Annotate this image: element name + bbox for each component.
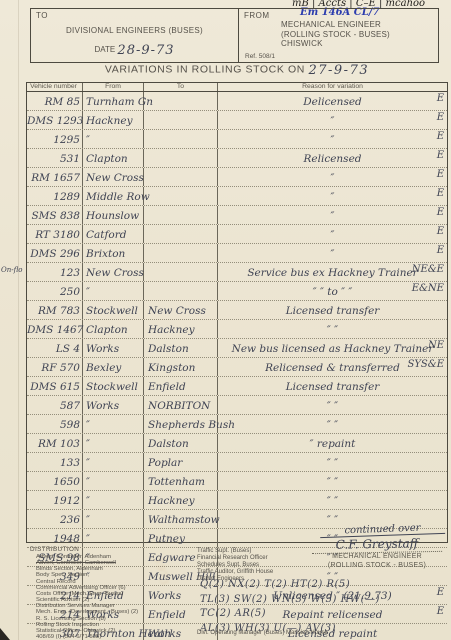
vehicle-number-text: 1295 xyxy=(53,133,80,147)
reason-text: ″ ″ xyxy=(327,399,338,413)
table-row: RF 570BexleyKingstonRelicensed & transfe… xyxy=(27,358,447,377)
cell-reason: ″E xyxy=(218,168,447,186)
vehicle-number-text: LS 4 xyxy=(56,342,80,356)
variation-code: SYS&E xyxy=(407,358,444,372)
cell-reason: ″E xyxy=(218,206,447,224)
cell-from-location: New Cross xyxy=(83,263,144,281)
cell-vehicle-number: RF 570 xyxy=(27,358,83,376)
vehicle-number-text: 1289 xyxy=(53,190,80,204)
table-row: DMS 296Brixton″E xyxy=(27,244,447,263)
cell-vehicle-number: 250 xyxy=(27,282,83,300)
cell-vehicle-number: 1948 xyxy=(27,529,83,547)
from-location-text: Clapton xyxy=(86,152,128,166)
table-row: 1912″Hackney″ ″ xyxy=(27,491,447,510)
cell-from-location: Catford xyxy=(83,225,144,243)
variation-code: E xyxy=(437,130,444,144)
table-row: DMS 615StockwellEnfieldLicensed transfer xyxy=(27,377,447,396)
cell-reason: ″ ″ xyxy=(218,396,447,414)
cell-to-location: New Cross xyxy=(144,301,218,319)
vehicle-number-text: 1650 xyxy=(53,475,80,489)
garage-code-line: TC(2) AR(5) xyxy=(200,607,370,622)
to-location-text: Kingston xyxy=(148,361,195,375)
left-margin-annotation: On-flo xyxy=(1,266,23,274)
cell-vehicle-number: 587 xyxy=(27,396,83,414)
cell-vehicle-number: RM 103 xyxy=(27,434,83,452)
cell-from-location: ″ xyxy=(83,453,144,471)
cell-vehicle-number: 1289 xyxy=(27,187,83,205)
table-row: DMS 1293Hackney″E xyxy=(27,111,447,130)
variation-code: E xyxy=(437,244,444,258)
cell-to-location: Hackney xyxy=(144,320,218,338)
cell-vehicle-number: 598 xyxy=(27,415,83,433)
cell-to-location xyxy=(144,92,218,110)
signature-handwritten: C.F. Greystaff xyxy=(312,536,442,554)
variation-code: E&NE xyxy=(412,282,444,296)
cell-from-location: ″ xyxy=(83,529,144,547)
vehicle-number-text: 598 xyxy=(60,418,80,432)
cell-from-location: ″ xyxy=(83,434,144,452)
cell-vehicle-number: DMS 296 xyxy=(27,244,83,262)
vehicle-number-text: 133 xyxy=(60,456,80,470)
vehicle-number-text: RM 85 xyxy=(45,95,80,109)
cell-to-location: Dalston xyxy=(144,339,218,357)
reason-text: ″ ″ to ″ ″ xyxy=(313,285,353,299)
cell-to-location: NORBITON xyxy=(144,396,218,414)
reason-text: ″ xyxy=(331,228,335,242)
from-location-text: Bexley xyxy=(86,361,121,375)
cell-reason: Licensed transfer xyxy=(218,377,447,395)
cell-reason: DelicensedE xyxy=(218,92,447,110)
cell-vehicle-number: RT 3180 xyxy=(27,225,83,243)
vehicle-number-text: RM 1657 xyxy=(31,171,80,185)
form-title-date-handwritten: 27-9-73 xyxy=(308,63,369,78)
distribution-title: DISTRIBUTION xyxy=(30,546,198,553)
cell-reason: ″E xyxy=(218,225,447,243)
to-location-text: Hackney xyxy=(148,323,195,337)
cell-reason: ″E xyxy=(218,187,447,205)
cell-from-location: Clapton xyxy=(83,320,144,338)
column-header-vehicle-number: Vehicle number xyxy=(27,83,83,91)
table-row: RT 3180Catford″E xyxy=(27,225,447,244)
table-row: 1295″″E xyxy=(27,130,447,149)
cell-reason: New bus licensed as Hackney TrainerNE xyxy=(218,339,447,357)
cell-from-location: Hounslow xyxy=(83,206,144,224)
signature-block: C.F. Greystaff MECHANICAL ENGINEER (ROLL… xyxy=(312,537,442,570)
cell-to-location xyxy=(144,225,218,243)
distribution-item: 408/69 (I) (504 6/71 508) xyxy=(30,634,198,640)
cell-from-location: Works xyxy=(83,339,144,357)
date-label: DATE xyxy=(94,45,115,54)
cell-reason: ″ ″ xyxy=(218,472,447,490)
from-location-text: Hackney xyxy=(86,114,133,128)
garage-code-line: Q(2) NX(2) T(2) HT(2) R(5) xyxy=(200,578,370,593)
form-title: VARIATIONS IN ROLLING STOCK ON 27-9-73 xyxy=(26,63,448,78)
date-value-handwritten: 28-9-73 xyxy=(117,43,174,58)
reason-text: ″ xyxy=(331,209,335,223)
from-location-text: New Cross xyxy=(86,171,144,185)
cell-from-location: Middle Row xyxy=(83,187,144,205)
cell-from-location: ″ xyxy=(83,415,144,433)
from-location-text: ″ xyxy=(86,475,90,489)
cell-to-location: Kingston xyxy=(144,358,218,376)
to-location-text: Walthamstow xyxy=(148,513,220,527)
cell-to-location: Walthamstow xyxy=(144,510,218,528)
cell-reason: ″ repaint xyxy=(218,434,447,452)
reason-text: ″ ″ xyxy=(327,323,338,337)
cell-to-location: Poplar xyxy=(144,453,218,471)
from-location-text: Stockwell xyxy=(86,304,138,318)
reason-text: ″ xyxy=(331,133,335,147)
cell-vehicle-number: DMS 1293 xyxy=(27,111,83,129)
cell-vehicle-number: 531 xyxy=(27,149,83,167)
cell-to-location xyxy=(144,282,218,300)
header-to-cell: TO DIVISIONAL ENGINEERS (BUSES) DATE 28-… xyxy=(31,9,239,62)
reason-text: Licensed transfer xyxy=(286,380,380,394)
from-location-text: ″ xyxy=(86,285,90,299)
cell-reason: Service bus ex Hackney TrainerNE&E xyxy=(218,263,447,281)
table-row: RM 85Turnham GnDelicensedE xyxy=(27,92,447,111)
cell-to-location xyxy=(144,263,218,281)
reason-text: ″ xyxy=(331,171,335,185)
cell-vehicle-number: SMS 838 xyxy=(27,206,83,224)
cell-to-location xyxy=(144,111,218,129)
cell-reason: ″E xyxy=(218,244,447,262)
cell-vehicle-number: RM 1657 xyxy=(27,168,83,186)
to-location-text: Putney xyxy=(148,532,185,546)
cell-from-location: Brixton xyxy=(83,244,144,262)
column-header-reason: Reason for variation xyxy=(218,83,447,91)
cell-from-location: ″ xyxy=(83,130,144,148)
from-location-text: Brixton xyxy=(86,247,125,261)
from-label: FROM xyxy=(244,11,270,20)
from-location-text: ″ xyxy=(86,532,90,546)
cell-vehicle-number: RM 85 xyxy=(27,92,83,110)
from-location-text: ″ xyxy=(86,494,90,508)
table-row: 1650″Tottenham″ ″ xyxy=(27,472,447,491)
cell-vehicle-number: 236 xyxy=(27,510,83,528)
cell-to-location xyxy=(144,187,218,205)
cell-from-location: Stockwell xyxy=(83,301,144,319)
vehicle-number-text: 587 xyxy=(60,399,80,413)
cell-from-location: Turnham Gn xyxy=(83,92,144,110)
cell-from-location: Works xyxy=(83,396,144,414)
cell-reason: ″E xyxy=(218,111,447,129)
from-address-line: (ROLLING STOCK - BUSES) xyxy=(281,30,390,40)
cell-reason: Relicensed & transferredSYS&E xyxy=(218,358,447,376)
cell-to-location xyxy=(144,244,218,262)
from-location-text: New Cross xyxy=(86,266,144,280)
cell-from-location: Clapton xyxy=(83,149,144,167)
reason-text: ″ xyxy=(331,247,335,261)
reason-text: ″ ″ xyxy=(327,475,338,489)
reason-text: ″ ″ xyxy=(327,494,338,508)
cell-to-location xyxy=(144,149,218,167)
cell-vehicle-number: DMS 615 xyxy=(27,377,83,395)
divl-operating-manager-note: Divl. Operating Manager (Buses) Mansion … xyxy=(197,630,328,636)
table-row: SMS 838Hounslow″E xyxy=(27,206,447,225)
variation-code: E xyxy=(437,149,444,163)
table-row: LS 4WorksDalstonNew bus licensed as Hack… xyxy=(27,339,447,358)
garage-allocation-codes: Q(2) NX(2) T(2) HT(2) R(5)TL(3) SW(2) WN… xyxy=(200,578,370,636)
reason-text: ″ ″ xyxy=(327,456,338,470)
vehicle-number-text: 236 xyxy=(60,513,80,527)
cell-to-location: Tottenham xyxy=(144,472,218,490)
date-line: DATE 28-9-73 xyxy=(31,43,238,58)
to-location-text: NORBITON xyxy=(148,399,210,413)
from-address-line: CHISWICK xyxy=(281,39,390,49)
cell-from-location: ″ xyxy=(83,282,144,300)
vehicle-number-text: DMS 1467 xyxy=(27,323,83,337)
from-location-text: Clapton xyxy=(86,323,128,337)
variation-code: E xyxy=(437,168,444,182)
from-location-text: ″ xyxy=(86,133,90,147)
to-location-text: Tottenham xyxy=(148,475,205,489)
from-location-text: Works xyxy=(86,342,119,356)
to-value: DIVISIONAL ENGINEERS (BUSES) xyxy=(31,26,238,35)
column-header-to: To xyxy=(144,83,218,91)
vehicle-number-text: 1948 xyxy=(53,532,80,546)
table-row: 587WorksNORBITON″ ″ xyxy=(27,396,447,415)
variation-code: E xyxy=(437,605,444,619)
cell-to-location: Putney xyxy=(144,529,218,547)
vehicle-number-text: SMS 838 xyxy=(31,209,80,223)
cell-reason: ″E xyxy=(218,130,447,148)
cell-from-location: ″ xyxy=(83,491,144,509)
to-label: TO xyxy=(36,11,48,20)
table-row: RM 783StockwellNew CrossLicensed transfe… xyxy=(27,301,447,320)
table-row: 250″″ ″ to ″ ″E&NE xyxy=(27,282,447,301)
cell-reason: Licensed transfer xyxy=(218,301,447,319)
to-location-text: Hackney xyxy=(148,494,195,508)
vehicle-number-text: DMS 296 xyxy=(30,247,80,261)
variation-code: E xyxy=(437,225,444,239)
vehicle-number-text: 531 xyxy=(60,152,80,166)
to-location-text: Dalston xyxy=(148,437,189,451)
table-row: 133″Poplar″ ″ xyxy=(27,453,447,472)
cell-reason: ″ ″ xyxy=(218,320,447,338)
vehicle-number-text: DMS 1293 xyxy=(27,114,83,128)
cell-from-location: ″ xyxy=(83,472,144,490)
table-header-row: Vehicle number From To Reason for variat… xyxy=(27,83,447,92)
variation-code: NE&E xyxy=(412,263,444,277)
cell-from-location: Bexley xyxy=(83,358,144,376)
from-location-text: ″ xyxy=(86,418,90,432)
table-row: RM 1657New Cross″E xyxy=(27,168,447,187)
reason-text: ″ ″ xyxy=(327,418,338,432)
cell-reason: ″ ″ to ″ ″E&NE xyxy=(218,282,447,300)
cell-from-location: Stockwell xyxy=(83,377,144,395)
variation-code: E xyxy=(437,187,444,201)
vehicle-number-text: RM 783 xyxy=(38,304,80,318)
variation-code: E xyxy=(437,586,444,600)
cell-to-location: Shepherds Bush xyxy=(144,415,218,433)
cell-vehicle-number: 133 xyxy=(27,453,83,471)
reason-text: Relicensed xyxy=(303,152,361,166)
cell-to-location: Enfield xyxy=(144,377,218,395)
from-location-text: Works xyxy=(86,399,119,413)
table-row: RM 103″Dalston″ repaint xyxy=(27,434,447,453)
header-from-cell: FROM MECHANICAL ENGINEER(ROLLING STOCK -… xyxy=(239,9,438,62)
reason-text: ″ xyxy=(331,190,335,204)
vehicle-number-text: RT 3180 xyxy=(35,228,80,242)
cell-from-location: Hackney xyxy=(83,111,144,129)
vehicle-number-text: 250 xyxy=(60,285,80,299)
variation-code: E xyxy=(437,206,444,220)
ref-number: Ref. 508/1 xyxy=(245,53,275,60)
form-title-printed: VARIATIONS IN ROLLING STOCK ON xyxy=(105,64,305,76)
page-corner-shadow xyxy=(0,628,10,640)
header-box: TO DIVISIONAL ENGINEERS (BUSES) DATE 28-… xyxy=(30,8,439,63)
garage-code-line: TL(3) SW(2) WN(3) W(3) HW(—) xyxy=(200,593,370,608)
from-location-text: ″ xyxy=(86,513,90,527)
signatory-department: (ROLLING STOCK - BUSES) xyxy=(312,562,442,571)
cell-vehicle-number: DMS 1467 xyxy=(27,320,83,338)
vehicle-number-text: RF 570 xyxy=(41,361,80,375)
table-row: 531ClaptonRelicensedE xyxy=(27,149,447,168)
cell-to-location xyxy=(144,206,218,224)
from-location-text: ″ xyxy=(86,456,90,470)
cell-vehicle-number: 1650 xyxy=(27,472,83,490)
reason-text: New bus licensed as Hackney Trainer xyxy=(232,342,434,356)
reason-text: Delicensed xyxy=(303,95,362,109)
cell-reason: ″ ″ xyxy=(218,415,447,433)
scanned-form-page: mB | Accts | C–E | mcahoo Em 146A CL/7 T… xyxy=(0,0,451,640)
signatory-title: MECHANICAL ENGINEER xyxy=(312,553,442,562)
reason-text: ″ ″ xyxy=(327,513,338,527)
cell-reason: ″ ″ xyxy=(218,453,447,471)
cell-to-location: Dalston xyxy=(144,434,218,452)
vehicle-number-text: RM 103 xyxy=(38,437,80,451)
table-row: 123New CrossService bus ex Hackney Train… xyxy=(27,263,447,282)
to-location-text: Enfield xyxy=(148,380,186,394)
cell-vehicle-number: LS 4 xyxy=(27,339,83,357)
variation-code: E xyxy=(437,92,444,106)
from-location-text: Turnham Gn xyxy=(86,95,153,109)
from-address-line: MECHANICAL ENGINEER xyxy=(281,20,390,30)
variation-code: NE xyxy=(428,339,444,353)
vehicle-number-text: 123 xyxy=(60,266,80,280)
cell-vehicle-number: RM 783 xyxy=(27,301,83,319)
cell-to-location xyxy=(144,168,218,186)
reason-text: Service bus ex Hackney Trainer xyxy=(247,266,417,280)
from-location-text: Catford xyxy=(86,228,126,242)
cell-vehicle-number: 1295 xyxy=(27,130,83,148)
variation-code: E xyxy=(437,111,444,125)
reason-text: ″ xyxy=(331,114,335,128)
from-location-text: Middle Row xyxy=(86,190,150,204)
from-address: MECHANICAL ENGINEER(ROLLING STOCK - BUSE… xyxy=(281,20,390,49)
column-header-from: From xyxy=(83,83,144,91)
to-location-text: Dalston xyxy=(148,342,189,356)
to-location-text: New Cross xyxy=(148,304,206,318)
cell-from-location: New Cross xyxy=(83,168,144,186)
from-location-text: Hounslow xyxy=(86,209,139,223)
table-row: 598″Shepherds Bush″ ″ xyxy=(27,415,447,434)
cell-from-location: ″ xyxy=(83,510,144,528)
from-location-text: ″ xyxy=(86,437,90,451)
cell-to-location xyxy=(144,130,218,148)
cell-to-location: Hackney xyxy=(144,491,218,509)
table-row: 1289Middle Row″E xyxy=(27,187,447,206)
cell-vehicle-number: 1912 xyxy=(27,491,83,509)
from-location-text: Stockwell xyxy=(86,380,138,394)
cell-reason: RelicensedE xyxy=(218,149,447,167)
reason-text: ″ repaint xyxy=(310,437,356,451)
to-location-text: Poplar xyxy=(148,456,182,470)
cell-vehicle-number: 123 xyxy=(27,263,83,281)
reason-text: Licensed transfer xyxy=(286,304,380,318)
vehicle-number-text: 1912 xyxy=(53,494,80,508)
variations-table: Vehicle number From To Reason for variat… xyxy=(26,82,448,543)
reason-text: Relicensed & transferred xyxy=(265,361,400,375)
cell-reason: ″ ″ xyxy=(218,491,447,509)
table-row: DMS 1467ClaptonHackney″ ″ xyxy=(27,320,447,339)
vehicle-number-text: DMS 615 xyxy=(30,380,80,394)
